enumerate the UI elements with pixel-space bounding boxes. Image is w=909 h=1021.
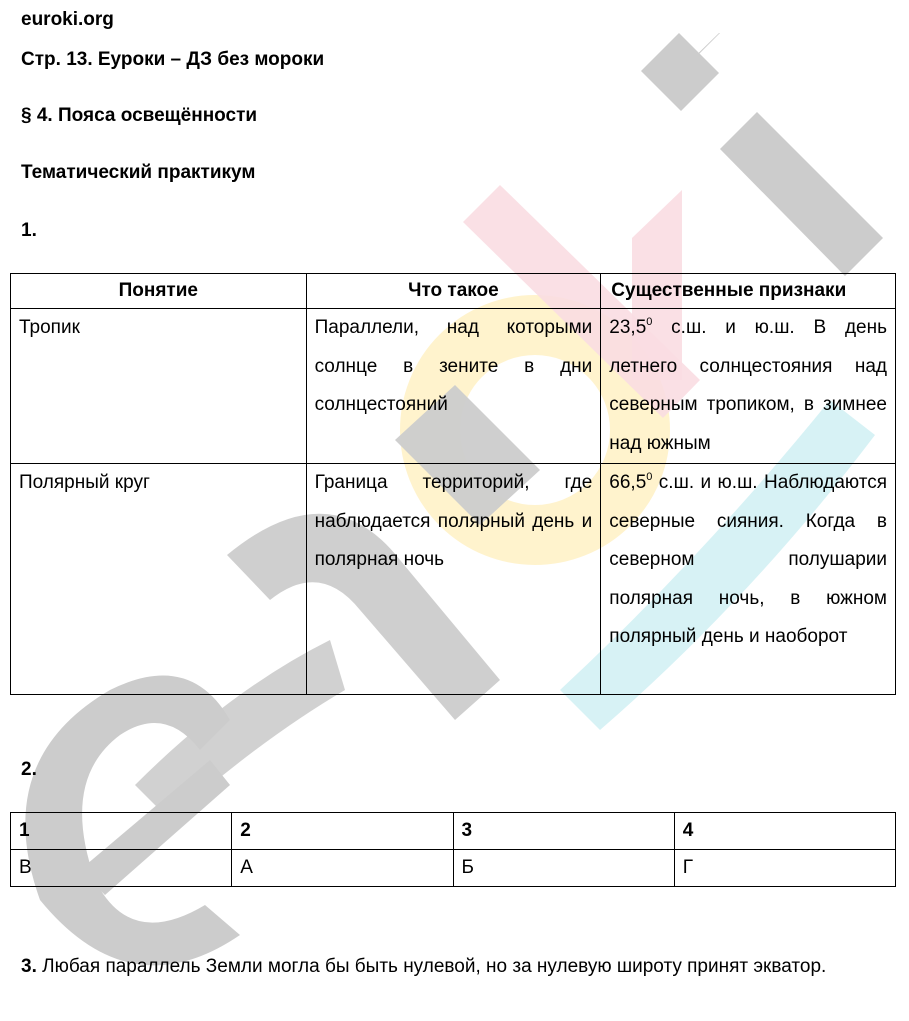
section-title: § 4. Пояса освещённости: [21, 105, 257, 127]
task3-text: Любая параллель Земли могла бы быть нуле…: [37, 956, 826, 977]
features-text: с.ш. и ю.ш. В день летнего солнцестояния…: [609, 317, 887, 454]
matching-number-cell: 3: [453, 813, 674, 850]
matching-table: 1 2 3 4 В А Б Г: [10, 812, 896, 887]
features-cell: 66,50 с.ш. и ю.ш. Наблюдаются северные с…: [601, 464, 896, 695]
term-cell: Тропик: [11, 309, 307, 464]
column-header-concept: Понятие: [11, 274, 307, 309]
matching-number-cell: 1: [11, 813, 232, 850]
column-header-definition: Что такое: [306, 274, 601, 309]
table-row: Полярный круг Граница территорий, где на…: [11, 464, 896, 695]
matching-answer-cell: В: [11, 850, 232, 887]
matching-answer-row: В А Б Г: [11, 850, 896, 887]
task3-number: 3.: [21, 956, 37, 977]
column-header-features: Существенные признаки: [601, 274, 896, 309]
table-row: Тропик Параллели, над которыми солнце в …: [11, 309, 896, 464]
subsection-title: Тематический практикум: [21, 162, 255, 184]
matching-header-row: 1 2 3 4: [11, 813, 896, 850]
matching-number-cell: 4: [674, 813, 895, 850]
features-text: с.ш. и ю.ш. Наблюдаются северные сияния.…: [609, 472, 887, 647]
matching-number-cell: 2: [232, 813, 453, 850]
task3-paragraph: 3. Любая параллель Земли могла бы быть н…: [21, 948, 886, 987]
matching-answer-cell: Б: [453, 850, 674, 887]
table-header-row: Понятие Что такое Существенные признаки: [11, 274, 896, 309]
task2-number: 2.: [21, 759, 37, 781]
matching-answer-cell: А: [232, 850, 453, 887]
concepts-table: Понятие Что такое Существенные признаки …: [10, 273, 896, 695]
definition-cell: Граница территорий, где наблюдается поля…: [306, 464, 601, 695]
features-degree: 23,5: [609, 317, 646, 338]
document-page: euroki.org Стр. 13. Еуроки – ДЗ без моро…: [0, 0, 909, 1021]
matching-answer-cell: Г: [674, 850, 895, 887]
page-line: Стр. 13. Еуроки – ДЗ без мороки: [21, 49, 324, 71]
features-degree: 66,5: [609, 472, 646, 493]
features-cell: 23,50 с.ш. и ю.ш. В день летнего солнцес…: [601, 309, 896, 464]
definition-cell: Параллели, над которыми солнце в зените …: [306, 309, 601, 464]
task1-number: 1.: [21, 220, 37, 242]
site-name: euroki.org: [21, 9, 114, 31]
term-cell: Полярный круг: [11, 464, 307, 695]
